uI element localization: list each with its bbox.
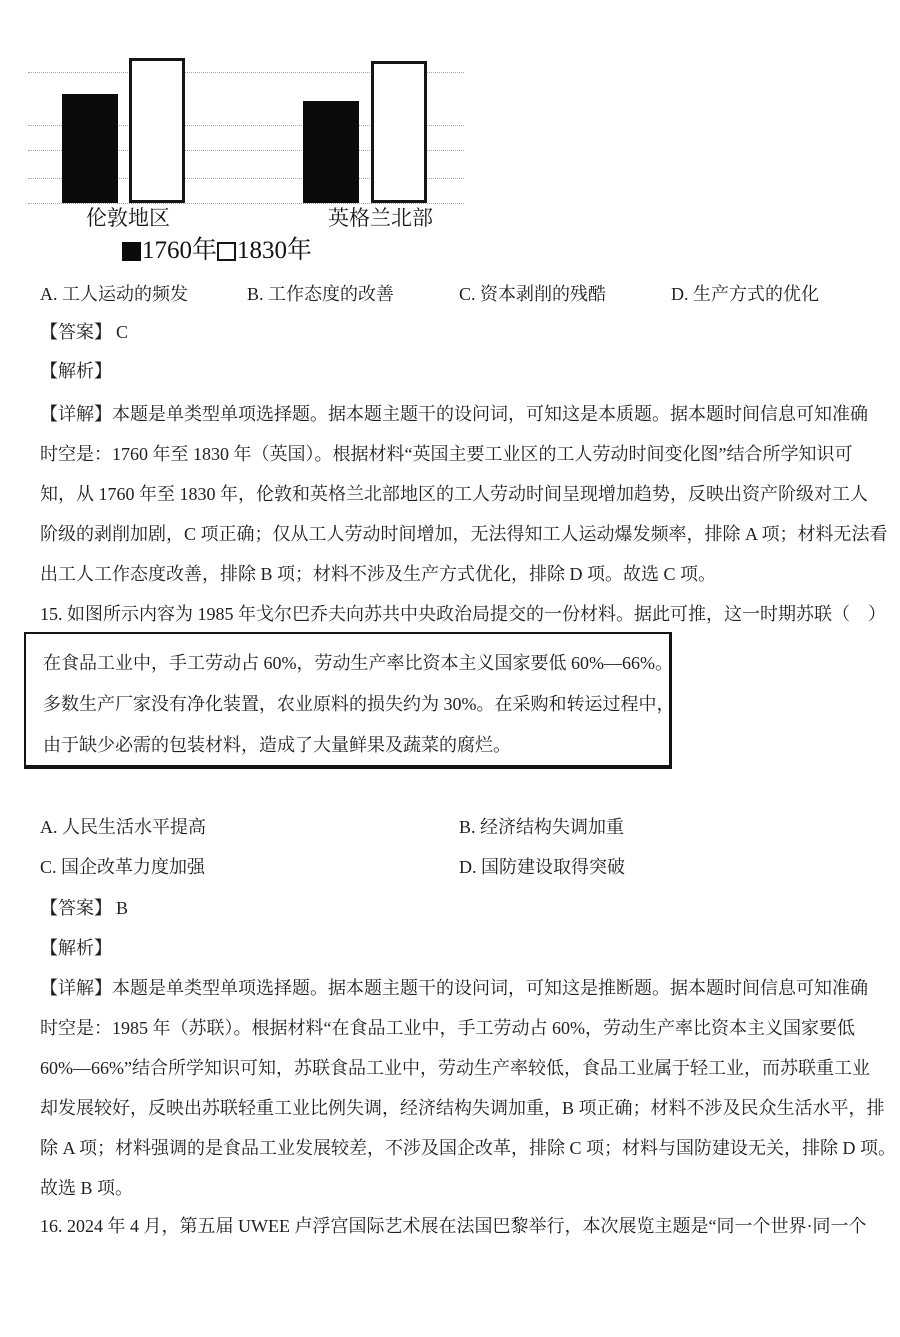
- q15-analysis-label: 【解析】: [40, 928, 885, 968]
- material-line: 在食品工业中，手工劳动占 60%，劳动生产率比资本主义国家要低 60%—66%。: [43, 643, 659, 684]
- x-axis-label-london: 伦敦地区: [86, 205, 170, 231]
- worker-hours-bar-chart: 伦敦地区 英格兰北部 1760年 1830年: [40, 28, 480, 273]
- detail-line: 出工人工作态度改善，排除 B 项；材料不涉及生产方式优化，排除 D 项。故选 C…: [40, 554, 885, 594]
- material-line: 由于缺少必需的包装材料，造成了大量鲜果及蔬菜的腐烂。: [43, 725, 659, 766]
- q14-option: B. 工作态度的改善: [247, 274, 394, 314]
- bar-1760年-伦敦地区: [62, 94, 118, 203]
- bar-1830年-伦敦地区: [129, 58, 185, 203]
- detail-line: 知，从 1760 年至 1830 年，伦敦和英格兰北部地区的工人劳动时间呈现增加…: [40, 474, 885, 514]
- detail-line: 【详解】本题是单类型单项选择题。据本题主题干的设问词，可知这是本质题。据本题时间…: [40, 394, 885, 434]
- q14-option: A. 工人运动的频发: [40, 274, 188, 314]
- baseline-gridline: [28, 203, 464, 204]
- legend-swatch-outline: [217, 242, 236, 261]
- bar-1760年-英格兰北部: [303, 101, 359, 203]
- q15-stem: 15. 如图所示内容为 1985 年戈尔巴乔夫向苏共中央政治局提交的一份材料。据…: [40, 594, 885, 634]
- detail-line: 故选 B 项。: [40, 1168, 885, 1208]
- x-axis-label-north-england: 英格兰北部: [328, 205, 433, 231]
- material-line: 多数生产厂家没有净化装置，农业原料的损失约为 30%。在采购和转运过程中，: [43, 684, 659, 725]
- answer-label: 【答案】: [40, 898, 112, 918]
- bar-plot: [40, 28, 460, 203]
- bar-1830年-英格兰北部: [371, 61, 427, 203]
- q16-stem: 16. 2024 年 4 月，第五届 UWEE 卢浮宫国际艺术展在法国巴黎举行，…: [40, 1206, 885, 1246]
- q15-option: D. 国防建设取得突破: [459, 847, 625, 887]
- q15-option: A. 人民生活水平提高: [40, 807, 206, 847]
- q15-options-grid: A. 人民生活水平提高B. 经济结构失调加重C. 国企改革力度加强D. 国防建设…: [40, 807, 885, 887]
- q15-option: C. 国企改革力度加强: [40, 847, 205, 887]
- detail-line: 【详解】本题是单类型单项选择题。据本题主题干的设问词，可知这是推断题。据本题时间…: [40, 968, 885, 1008]
- q14-analysis-label: 【解析】: [40, 351, 885, 391]
- detail-line: 除 A 项；材料强调的是食品工业发展较差，不涉及国企改革，排除 C 项；材料与国…: [40, 1128, 885, 1168]
- analysis-label: 【解析】: [40, 361, 112, 381]
- chart-legend: 1760年 1830年: [122, 237, 312, 265]
- answer-value: B: [116, 898, 128, 918]
- answer-value: C: [116, 322, 128, 342]
- exam-document-page: 伦敦地区 英格兰北部 1760年 1830年 A. 工人运动的频发B. 工作态度…: [0, 0, 900, 1337]
- analysis-label: 【解析】: [40, 938, 112, 958]
- legend-item-1760: 1760年: [122, 237, 217, 265]
- q15-answer-line: 【答案】B: [40, 888, 885, 928]
- q14-option: D. 生产方式的优化: [671, 274, 819, 314]
- q15-material-box: 在食品工业中，手工劳动占 60%，劳动生产率比资本主义国家要低 60%—66%。…: [24, 632, 672, 769]
- detail-line: 时空是：1760 年至 1830 年（英国）。根据材料“英国主要工业区的工人劳动…: [40, 434, 885, 474]
- answer-label: 【答案】: [40, 322, 112, 342]
- legend-swatch-filled: [122, 242, 141, 261]
- q14-option: C. 资本剥削的残酷: [459, 274, 606, 314]
- q14-detail-paragraph: 【详解】本题是单类型单项选择题。据本题主题干的设问词，可知这是本质题。据本题时间…: [40, 394, 885, 594]
- q15-detail-paragraph: 【详解】本题是单类型单项选择题。据本题主题干的设问词，可知这是推断题。据本题时间…: [40, 968, 885, 1208]
- detail-line: 时空是：1985 年（苏联）。根据材料“在食品工业中，手工劳动占 60%，劳动生…: [40, 1008, 885, 1048]
- detail-line: 却发展较好，反映出苏联轻重工业比例失调，经济结构失调加重，B 项正确；材料不涉及…: [40, 1088, 885, 1128]
- q14-options-row: A. 工人运动的频发B. 工作态度的改善C. 资本剥削的残酷D. 生产方式的优化: [40, 274, 885, 314]
- q14-answer-line: 【答案】C: [40, 312, 885, 352]
- detail-line: 60%—66%”结合所学知识可知，苏联食品工业中，劳动生产率较低，食品工业属于轻…: [40, 1048, 885, 1088]
- legend-label-1760: 1760年: [142, 237, 217, 265]
- detail-line: 阶级的剥削加剧，C 项正确；仅从工人劳动时间增加，无法得知工人运动爆发频率，排除…: [40, 514, 885, 554]
- q15-option: B. 经济结构失调加重: [459, 807, 624, 847]
- legend-label-1830: 1830年: [237, 237, 312, 265]
- legend-item-1830: 1830年: [217, 237, 312, 265]
